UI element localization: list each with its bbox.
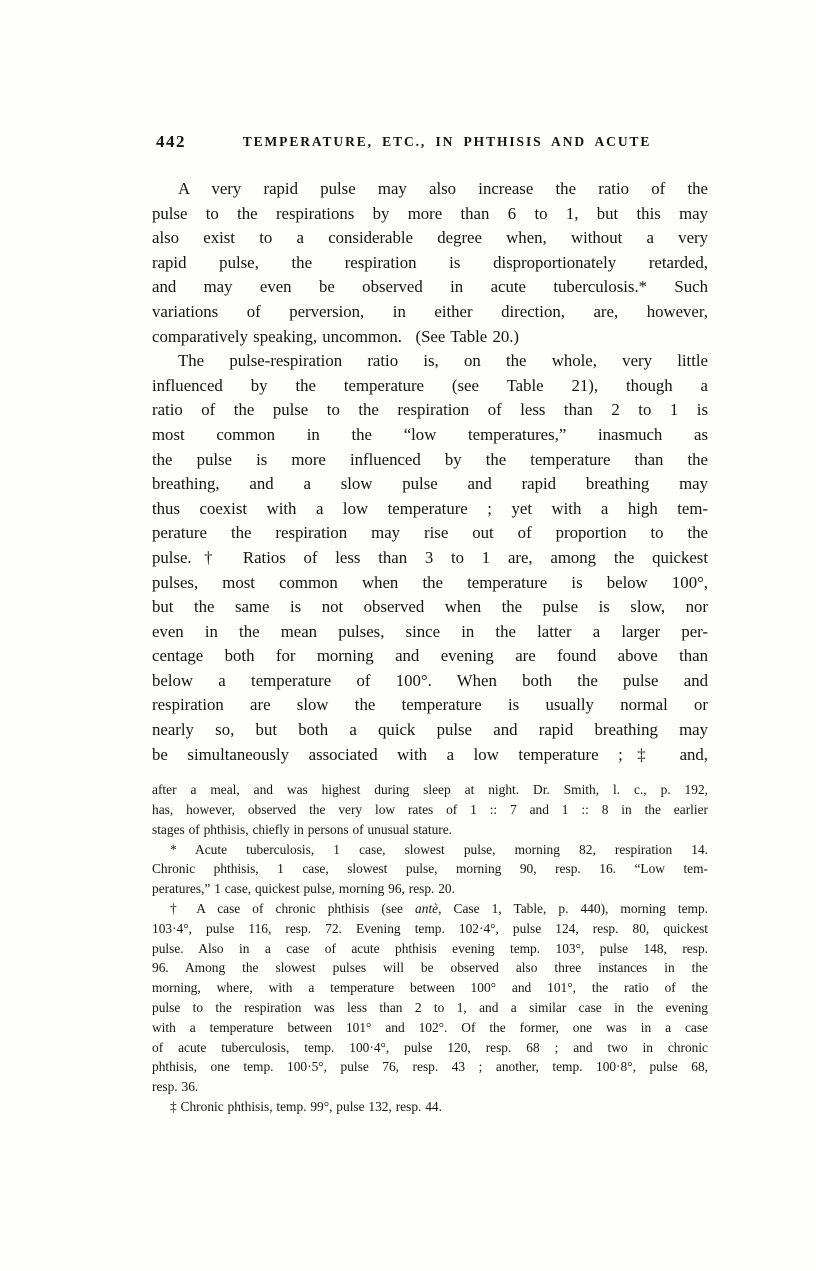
text-run: , Case 1, Table, p. 440), morning temp. xyxy=(438,901,708,916)
body-line: breathing, and a slow pulse and rapid br… xyxy=(152,472,708,497)
footnote-line: with a temperature between 101° and 102°… xyxy=(152,1018,708,1038)
body-line: be simultaneously associated with a low … xyxy=(152,743,708,768)
footnote-line: pulse. Also in a case of acute phthisis … xyxy=(152,939,708,959)
body-line: thus coexist with a low temperature ; ye… xyxy=(152,497,708,522)
text-run: † A case of chronic phthisis (see xyxy=(170,901,415,916)
footnote: * Acute tuberculosis, 1 case, slowest pu… xyxy=(152,840,708,899)
body-line: pulses, most common when the temperature… xyxy=(152,571,708,596)
body-line: comparatively speaking, uncommon. (See T… xyxy=(152,325,708,350)
body-line: and may even be observed in acute tuberc… xyxy=(152,275,708,300)
body-line: rapid pulse, the respiration is dispropo… xyxy=(152,251,708,276)
footnote-line: stages of phthisis, chiefly in persons o… xyxy=(152,820,708,840)
footnote: † A case of chronic phthisis (see antè, … xyxy=(152,899,708,1097)
footnote-line: 96. Among the slowest pulses will be obs… xyxy=(152,958,708,978)
footnote-line: † A case of chronic phthisis (see antè, … xyxy=(152,899,708,919)
footnote-line: resp. 36. xyxy=(152,1077,708,1097)
page-header: 442 TEMPERATURE, ETC., IN PHTHISIS AND A… xyxy=(152,131,708,153)
body-line: pulse to the respirations by more than 6… xyxy=(152,202,708,227)
text-block: 442 TEMPERATURE, ETC., IN PHTHISIS AND A… xyxy=(152,131,708,1117)
body-line: but the same is not observed when the pu… xyxy=(152,595,708,620)
footnote-line: Chronic phthisis, 1 case, slowest pulse,… xyxy=(152,859,708,879)
page-number: 442 xyxy=(156,132,186,152)
footnote-line: peratures,” 1 case, quickest pulse, morn… xyxy=(152,879,708,899)
body-line: most common in the “low temperatures,” i… xyxy=(152,423,708,448)
footnote-line: after a meal, and was highest during sle… xyxy=(152,780,708,800)
body-paragraph: The pulse-respiration ratio is, on the w… xyxy=(152,349,708,767)
italic-text: antè xyxy=(415,901,438,916)
body-paragraph: A very rapid pulse may also increase the… xyxy=(152,177,708,349)
body-line: ratio of the pulse to the respiration of… xyxy=(152,398,708,423)
body-line: The pulse-respiration ratio is, on the w… xyxy=(152,349,708,374)
footnote-line: has, however, observed the very low rate… xyxy=(152,800,708,820)
footnote-line: phthisis, one temp. 100·5°, pulse 76, re… xyxy=(152,1057,708,1077)
footnote-line: ‡ Chronic phthisis, temp. 99°, pulse 132… xyxy=(152,1097,708,1117)
footnote-line: morning, where, with a temperature betwe… xyxy=(152,978,708,998)
body-line: perature the respiration may rise out of… xyxy=(152,521,708,546)
body-line: even in the mean pulses, since in the la… xyxy=(152,620,708,645)
body-line: nearly so, but both a quick pulse and ra… xyxy=(152,718,708,743)
body-line: also exist to a considerable degree when… xyxy=(152,226,708,251)
footnote-line: 103·4°, pulse 116, resp. 72. Evening tem… xyxy=(152,919,708,939)
running-title: TEMPERATURE, ETC., IN PHTHISIS AND ACUTE xyxy=(152,131,708,150)
body-text: A very rapid pulse may also increase the… xyxy=(152,177,708,767)
body-line: variations of perversion, in either dire… xyxy=(152,300,708,325)
footnote-line: of acute tuberculosis, temp. 100·4°, pul… xyxy=(152,1038,708,1058)
footnote-line: pulse to the respiration was less than 2… xyxy=(152,998,708,1018)
body-line: respiration are slow the temperature is … xyxy=(152,693,708,718)
body-line: the pulse is more influenced by the temp… xyxy=(152,448,708,473)
body-line: pulse.† Ratios of less than 3 to 1 are, … xyxy=(152,546,708,571)
book-page: 442 TEMPERATURE, ETC., IN PHTHISIS AND A… xyxy=(0,0,816,1271)
footnotes: after a meal, and was highest during sle… xyxy=(152,780,708,1117)
body-line: A very rapid pulse may also increase the… xyxy=(152,177,708,202)
footnote: after a meal, and was highest during sle… xyxy=(152,780,708,839)
body-line: centage both for morning and evening are… xyxy=(152,644,708,669)
body-line: below a temperature of 100°. When both t… xyxy=(152,669,708,694)
footnote-line: * Acute tuberculosis, 1 case, slowest pu… xyxy=(152,840,708,860)
footnote: ‡ Chronic phthisis, temp. 99°, pulse 132… xyxy=(152,1097,708,1117)
body-line: influenced by the temperature (see Table… xyxy=(152,374,708,399)
